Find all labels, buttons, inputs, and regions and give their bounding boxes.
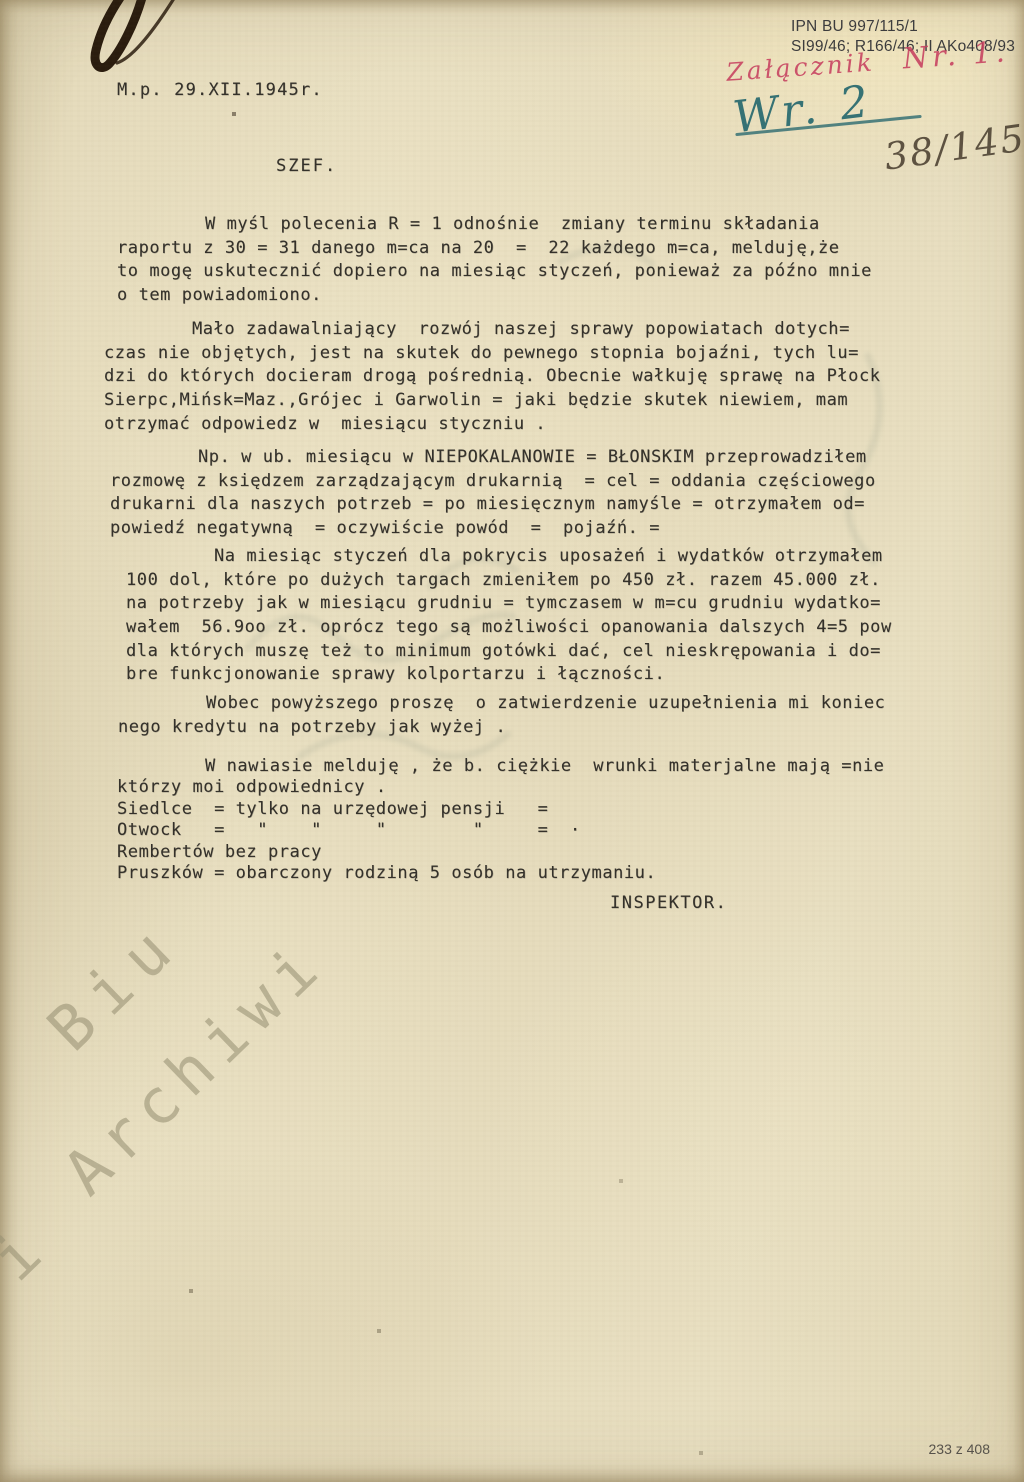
addressee: SZEF.	[276, 156, 337, 176]
typewritten-line: Np. w ub. miesiącu w NIEPOKALANOWIE = BŁ…	[110, 446, 876, 470]
stamp-reference-line-2: SI99/46; R166/46; II AKo408/93	[791, 37, 1015, 57]
watermark-fragment: i	[0, 1217, 55, 1295]
typewritten-line: drukarni dla naszych potrzeb = po miesię…	[110, 493, 876, 517]
paragraph-2: Mało zadawalniający rozwój naszej sprawy…	[104, 318, 881, 436]
teal-underline-stroke	[735, 115, 921, 136]
typewritten-line: Rembertów bez pracy	[117, 842, 884, 863]
typewritten-line: W myśl polecenia R = 1 odnośnie zmiany t…	[117, 213, 872, 237]
typewritten-line: W nawiasie melduję , że b. ciężkie wrunk…	[117, 756, 884, 777]
watermark-fragment: Archiwi	[49, 926, 338, 1209]
typewritten-line: na potrzeby jak w miesiącu grudniu = tym…	[126, 592, 892, 616]
signature-title: INSPEKTOR.	[610, 893, 727, 913]
typewritten-line: raportu z 30 = 31 danego m=ca na 20 = 22…	[117, 237, 872, 261]
typewritten-line: o tem powiadomiono.	[117, 284, 872, 308]
pencil-handwritten-annotation: 38/145	[882, 116, 1024, 178]
typewritten-line: nego kredytu na potrzeby jak wyżej .	[118, 716, 885, 740]
typewritten-line: dla których muszę też to minimum gotówki…	[126, 640, 892, 664]
typewritten-line: Wobec powyższego proszę o zatwierdzenie …	[118, 692, 885, 716]
typewritten-line: Mało zadawalniający rozwój naszej sprawy…	[104, 318, 881, 342]
typewritten-line: powiedź negatywną = oczywiście powód = p…	[110, 517, 876, 541]
archive-stamp: IPN BU 997/115/1 SI99/46; R166/46; II AK…	[791, 17, 1015, 57]
typewritten-line: otrzymać odpowiedz w miesiącu styczniu .	[104, 413, 881, 437]
typewritten-line: wałem 56.9oo zł. oprócz tego są możliwoś…	[126, 616, 892, 640]
typewritten-line: czas nie objętych, jest na skutek do pew…	[104, 342, 881, 366]
paragraph-3: Np. w ub. miesiącu w NIEPOKALANOWIE = BŁ…	[110, 446, 876, 541]
digital-page-number: 233 z 408	[929, 1441, 991, 1457]
paragraph-6: W nawiasie melduję , że b. ciężkie wrunk…	[117, 756, 884, 884]
typewritten-line: rozmowę z księdzem zarządzającym drukarn…	[110, 470, 876, 494]
typewritten-line: 100 dol, które po dużych targach zmienił…	[126, 569, 892, 593]
typewritten-line: dzi do których docieram drogą pośrednią.…	[104, 365, 881, 389]
typewritten-line: bre funkcjonowanie sprawy kolportarzu i …	[126, 663, 892, 687]
typewritten-line: Sierpc,Mińsk=Maz.,Grójec i Garwolin = ja…	[104, 389, 881, 413]
paragraph-4: Na miesiąc styczeń dla pokrycis uposażeń…	[126, 545, 892, 687]
scanned-document-page: Biu Archiwi i IPN BU 997/115/1 SI99/46; …	[0, 0, 1024, 1482]
watermark-fragment: Biu	[33, 906, 194, 1065]
paragraph-1: W myśl polecenia R = 1 odnośnie zmiany t…	[117, 213, 872, 308]
dateline: M.p. 29.XII.1945r.	[117, 80, 323, 100]
typewritten-line: którzy moi odpowiednicy .	[117, 777, 884, 798]
typewritten-line: Siedlce = tylko na urzędowej pensji =	[117, 799, 884, 820]
typewritten-line: Pruszków = obarczony rodziną 5 osób na u…	[117, 863, 884, 884]
paragraph-5: Wobec powyższego proszę o zatwierdzenie …	[118, 692, 885, 739]
typewritten-line: Na miesiąc styczeń dla pokrycis uposażeń…	[126, 545, 892, 569]
typewritten-line: Otwock = " " " " = ·	[117, 820, 884, 841]
typewritten-line: to mogę uskutecznić dopiero na miesiąc s…	[117, 260, 872, 284]
stamp-reference-line-1: IPN BU 997/115/1	[791, 17, 1015, 37]
